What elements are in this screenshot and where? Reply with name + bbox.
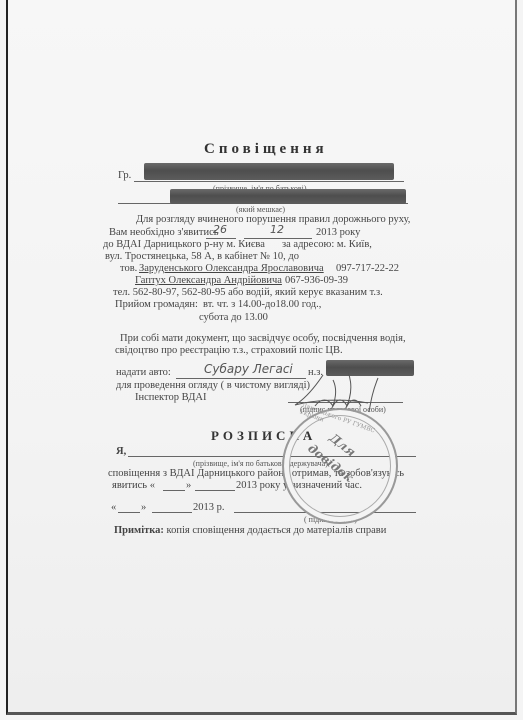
date-prefix: « bbox=[111, 502, 116, 514]
officer2-name: Гаптух Олександра Андрійовича bbox=[135, 275, 282, 287]
note-text: копія сповіщення додається до матеріалів… bbox=[164, 525, 386, 536]
phones-line: тел. 562-80-97, 562-80-95 або водій, яки… bbox=[113, 287, 383, 299]
receipt-line-2-mid: » bbox=[186, 480, 191, 492]
address-line: за адресою: м. Київ, bbox=[282, 239, 372, 251]
official-stamp: Для довідок Дарницького РУ ГУМВС України bbox=[282, 408, 398, 524]
appear-month: 12 bbox=[270, 223, 284, 236]
vehicle-line bbox=[176, 378, 306, 379]
documents-line-1: При собі мати документ, що засвідчує осо… bbox=[120, 333, 406, 345]
officer1-phone: 097-717-22-22 bbox=[336, 263, 399, 275]
note-label: Примітка: bbox=[114, 525, 164, 536]
reception-hours: вт. чт. з 14.00-до18.00 год., bbox=[203, 299, 321, 311]
officer1-name: Заруденського Олександра Ярославовича bbox=[139, 263, 324, 275]
note: Примітка: копія сповіщення додається до … bbox=[114, 525, 386, 537]
reception-label: Прийом громадян: bbox=[115, 299, 198, 311]
receipt-i-prefix: Я, bbox=[116, 446, 126, 458]
appear-text: Вам необхідно з'явитись bbox=[109, 227, 219, 239]
date-mid: » bbox=[141, 502, 146, 514]
redacted-name bbox=[144, 163, 394, 180]
name-line bbox=[134, 181, 404, 182]
date-day-line bbox=[118, 512, 140, 513]
saturday-hours: субота до 13.00 bbox=[199, 312, 268, 324]
redacted-address bbox=[170, 189, 406, 204]
place-line: до ВДАІ Дарницького р-ну м. Києва bbox=[103, 239, 265, 251]
vehicle-label: надати авто: bbox=[116, 367, 171, 379]
citizen-prefix: Гр. bbox=[118, 170, 131, 182]
officer2-phone: 067-936-09-39 bbox=[285, 275, 348, 287]
documents-line-2: свідоцтво про реєстрацію т.з., страховий… bbox=[115, 345, 343, 357]
vehicle-value: Субару Легасі bbox=[204, 362, 293, 376]
date-month-line bbox=[152, 512, 192, 513]
receipt-month-line bbox=[195, 490, 235, 491]
receipt-line-2-prefix: явитись « bbox=[112, 480, 155, 492]
document-title: Сповіщення bbox=[204, 141, 328, 158]
inspection-line: для проведення огляду ( в чистому вигляд… bbox=[116, 380, 310, 392]
appear-year: 2013 року bbox=[316, 227, 360, 239]
receipt-day-line bbox=[163, 490, 185, 491]
inspector-label: Інспектор ВДАІ bbox=[135, 392, 206, 404]
date-year: 2013 р. bbox=[193, 502, 225, 514]
officer1-prefix: тов. bbox=[120, 263, 137, 275]
scanned-page: Сповіщення Гр. (прізвище, ім'я по батько… bbox=[6, 0, 517, 715]
street-line: вул. Тростянецька, 58 А, в кабінет № 10,… bbox=[105, 251, 299, 263]
appear-day: 26 bbox=[213, 223, 227, 236]
address-caption: (який мешкає) bbox=[236, 205, 285, 214]
